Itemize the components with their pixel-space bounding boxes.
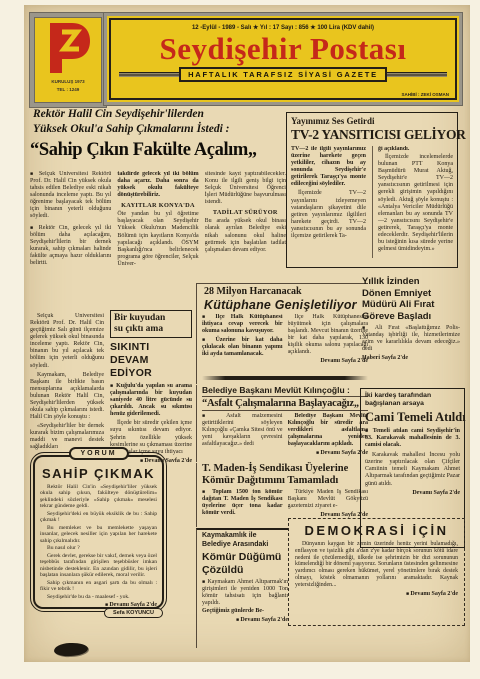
mosque-headline: Cami Temeli Atıldı [365,410,460,425]
tv2-paragraph: İlçemizde incelemelerde bulunan PTT Kony… [378,154,453,253]
mosque-paragraph: Karakavak mahallesi İncesu yolu üzerine … [365,452,460,487]
lead-column-2: takdirde gelecek yıl iki bölüm daha açar… [117,171,198,309]
lead-kicker-line1: Rektör Halil Cin Seydişehir'lilerden [33,107,285,122]
water-paragraph: Kuğulu'da yapılan su arama çalışmalarınd… [110,383,192,418]
library-paragraph: İlçe Halk Kütüphanesini büyütmek için ça… [288,314,369,356]
coal-continued-note: Devamı Sayfa 2'de [202,617,288,623]
lead-paragraph: sitesinde kayıt yaptırabilecekler. Konu … [205,171,286,206]
library-continued-note: Devamı Sayfa 2'de [288,358,369,364]
union-paragraph: Toplam 1500 ton kömür dağıtan T. Maden İ… [202,489,283,517]
opinion-headline: SAHİP ÇIKMAK [40,466,157,481]
lead-story-kicker: Rektör Halil Cin Seydişehir'lilerden Yük… [33,107,285,137]
opinion-paragraph: Gerek devlet, gerekse bir vakıf, dernek … [40,553,157,579]
police-continued-note: Haberi Sayfa 2'de [362,355,460,361]
mosque-kicker: İki kardeş tarafından bağışlanan arsaya [365,392,460,408]
democracy-column: DEMOKRASİ İÇİN Dünyanın kaygan bir zemin… [288,518,465,626]
tv2-column-1: TV—2 ile ilgili yayınlarımız üzerine har… [291,146,366,258]
masthead-dateline: 12 -Eylül - 1989 - Salı ★ Yıl : 17 Sayı … [111,24,455,31]
coal-allocation-story: Kaymakamlık ile Belediye Arasındaki Kömü… [196,528,288,648]
union-paragraph: Türkiye Maden İş Sendikası Başkanı Mevlü… [288,489,369,510]
opinion-box: YORUM SAHİP ÇIKMAK Rektör Halil Cin'in «… [30,452,167,612]
lead-story-continuation: Selçuk Üniversitesi Rektörü Prof. Dr. Ha… [30,313,104,457]
water-headline-line2: DEVAM EDİYOR [110,354,192,380]
library-bullet: İlçe Halk Kütüphanesi ihtiyaca cevap ver… [202,314,283,335]
tv2-transmitter-story: Yayınımız Ses Getirdi TV-2 YANSITICISI G… [286,112,458,268]
lead-paragraph: Öte yandan bu yıl öğretime başlayacak ol… [117,211,198,268]
opinion-badge: YORUM [68,447,128,460]
water-story-kicker-box: Bir kuyudan su çıktı ama [110,310,192,338]
democracy-paragraph: Dünyanın kaygan bir zemin üzerinde henüz… [295,541,458,589]
mosque-kicker-line1: İki kardeş tarafından [365,392,460,400]
lead-paragraph: takdirde gelecek yıl iki bölüm daha açar… [117,171,198,199]
asphalt-paragraph: Asfalt malzemesini getirttiklerini söyle… [202,413,283,448]
tv2-body: TV—2 ile ilgili yayınlarımız üzerine har… [291,146,453,258]
opinion-paragraph: Sahip çıkmanın en asgari şartı da bu olm… [40,580,157,593]
lead-story-headline: “Sahip Çıkın Fakülte Açalım„ [30,140,286,161]
police-paragraph: Ali Fırat «Başlattığımız Polis-Vatandaş … [362,325,460,353]
library-headline: Kütüphane Genişletiliyor [204,298,368,312]
lead-paragraph: Selçuk Üniversitesi Rektörü Prof. Dr. Ha… [30,171,111,221]
police-headline-line1: Yıllık İzinden [362,276,460,288]
logo-tel-text: TEL : 1249 [57,87,79,94]
newspaper-logo-icon [46,21,90,78]
tv2-headline: TV-2 YANSITICISI GELİYOR [291,127,453,143]
water-kicker-line2: su çıktı ama [114,324,188,335]
newspaper-front-page: KURULUŞ 1973 TEL : 1249 12 -Eylül - 1989… [0,0,480,679]
masthead: 12 -Eylül - 1989 - Salı ★ Yıl : 17 Sayı … [104,13,462,105]
coal-kicker-line1: Kaymakamlık ile [202,532,288,541]
subtitle-rule-right [387,72,447,77]
police-headline: Yıllık İzinden Dönen Emniyet Müdürü Ali … [362,276,460,322]
coal-kicker-line2: Belediye Arasındaki [202,541,288,550]
water-story-headline: SIKINTI DEVAM EDİYOR [110,341,192,380]
democracy-headline: DEMOKRASİ İÇİN [295,523,458,538]
police-headline-line3: Müdürü Ali Fırat [362,299,460,311]
lead-cont-paragraph: Selçuk Üniversitesi Rektörü Prof. Dr. Ha… [30,313,104,370]
masthead-logo-box: KURULUŞ 1973 TEL : 1249 [30,13,106,107]
asphalt-kicker: Belediye Başkanı Mevlüt Kılınçoğlu : [202,385,368,395]
tv2-column-2: ği açıklandı. İlçemizde incelemelerde bu… [372,146,453,258]
opinion-paragraph: Seydişehir'de bu da - maalesef - yok. [40,594,157,600]
tv2-paragraph: ği açıklandı. [378,146,453,153]
lead-subhead-tadilat: TADİLAT SÜRÜYOR [205,209,286,216]
asphalt-headline: “Asfalt Çalışmalarına Başlayacağız„ [202,396,368,411]
lead-subhead-kayitlar: KAYITLAR KONYA'DA [117,202,198,209]
asphalt-paragraph: Belediye Başkanı Mevlüt Kılınçoğlu bir s… [288,413,369,448]
masthead-inner-border: 12 -Eylül - 1989 - Salı ★ Yıl : 17 Sayı … [109,18,457,100]
union-column-1: Toplam 1500 ton kömür dağıtan T. Maden İ… [202,489,283,525]
tv2-kicker: Yayınımız Ses Getirdi [291,116,453,126]
mosque-paragraph: Temeli atılan cami Seydişehir'in 33. Kar… [365,428,460,449]
water-shortage-story: Bir kuyudan su çıktı ama SIKINTI DEVAM E… [110,310,192,462]
asphalt-column-2: Belediye Başkanı Mevlüt Kılınçoğlu bir s… [288,413,369,465]
asphalt-column-1: Asfalt malzemesini getirttiklerini söyle… [202,413,283,465]
library-kicker: 28 Milyon Harcanacak [204,286,368,297]
opinion-inner: SAHİP ÇIKMAK Rektör Halil Cin'in «Seydiş… [33,455,164,609]
opinion-paragraph: Rektör Halil Cin'in «Seydişehir'liler yü… [40,484,157,510]
masthead-subtitle-row: HAFTALIK TARAFSIZ SİYASİ GAZETE [119,67,447,82]
masthead-owner: SAHİBİ : ZEKİ OSMAN [401,92,449,97]
library-column-1: İlçe Halk Kütüphanesi ihtiyaca cevap ver… [202,314,283,376]
police-headline-line2: Dönen Emniyet [362,288,460,300]
opinion-author-badge: Sefa KOYUNCU [104,608,163,618]
lead-paragraph: Bu arada yüksek okul binası olarak ayrıl… [205,218,286,253]
subtitle-rule-left [119,72,179,77]
coal-headline-line2: Çözüldü [202,564,288,577]
coal-paragraph: Geçtiğimiz günlerde Be- [202,608,288,615]
asphalt-continued-note: Devamı Sayfa 2'de [288,450,369,456]
library-bullet: Üzerine bir kat daha çıkılacak olan bina… [202,337,283,358]
library-story: 28 Milyon Harcanacak Kütüphane Genişleti… [196,283,368,384]
opinion-paragraph: Bu memleket ve bu memlekette yaşayan ins… [40,525,157,544]
water-kicker-line1: Bir kuyudan [114,313,188,324]
union-headline: T. Maden-İş Sendikası Üyelerine Kömür Da… [202,463,368,487]
coal-headline-line1: Kömür Düğümü [202,551,288,564]
opinion-paragraph: Bu nasıl olur ? [40,545,157,551]
police-chief-story: Yıllık İzinden Dönen Emniyet Müdürü Ali … [362,276,460,386]
newspaper-title: Seydişehir Postası [111,32,455,65]
lead-kicker-line2: Yüksek Okul'a Sahip Çıkmalarını İstedi : [33,122,285,137]
coal-kicker: Kaymakamlık ile Belediye Arasındaki [202,532,288,549]
ornamental-rule [202,376,368,380]
coal-headline: Kömür Düğümü Çözüldü [202,551,288,576]
library-column-2: İlçe Halk Kütüphanesini büyütmek için ça… [288,314,369,376]
opinion-paragraph: Seydişehir'deki en büyük eksiklik de bu … [40,511,157,524]
logo-founded-text: KURULUŞ 1973 [51,79,84,86]
lead-cont-paragraph: Kaymakam, Belediye Başkanı ile birlikte … [30,372,104,422]
asphalt-story: Belediye Başkanı Mevlüt Kılınçoğlu : “As… [196,385,368,462]
masthead-subtitle: HAFTALIK TARAFSIZ SİYASİ GAZETE [179,67,387,82]
water-headline-line1: SIKINTI [110,341,192,354]
mosque-continued-note: Devamı Sayfa 2'de [365,490,460,496]
union-headline-line2: Kömür Dağıtımını Tamamladı [202,475,368,487]
democracy-continued-note: Devamı Sayfa 2'de [295,591,458,597]
tv2-paragraph: İlçemizde TV—2 yayınlarını izleyemeyen v… [291,190,366,240]
police-headline-line4: Göreve Başladı [362,311,460,323]
tv2-paragraph: TV—2 ile ilgili yayınlarımız üzerine har… [291,146,366,188]
coal-paragraph: Kaymakam Ahmet Altıparmak'ın girişimleri… [202,579,288,607]
union-headline-line1: T. Maden-İş Sendikası Üyelerine [202,463,368,475]
mosque-kicker-line2: bağışlanan arsaya [365,400,460,408]
lead-column-1: Selçuk Üniversitesi Rektörü Prof. Dr. Ha… [30,171,111,309]
lead-paragraph: Rektör Cin, gelecek yıl iki bölüm daha a… [30,225,111,267]
